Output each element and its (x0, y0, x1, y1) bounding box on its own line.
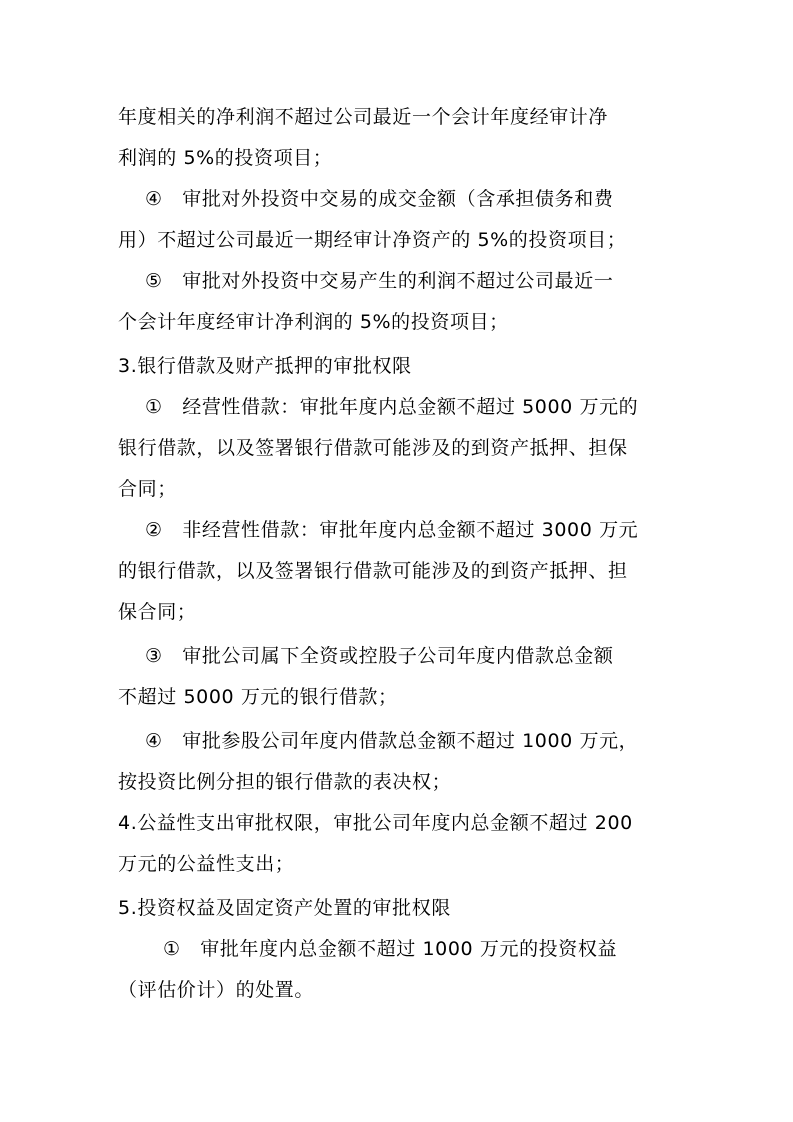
text-line: 万元的公益性支出； (118, 852, 678, 876)
list-item-4: ④ 审批对外投资中交易的成交金额（含承担债务和费 (145, 187, 705, 211)
text-line: 按投资比例分担的银行借款的表决权； (118, 770, 678, 794)
list-item-1: ① 审批年度内总金额不超过 1000 万元的投资权益 (163, 937, 723, 961)
section-heading-5: 5.投资权益及固定资产处置的审批权限 (118, 896, 678, 920)
document-page: 年度相关的净利润不超过公司最近一个会计年度经审计净 利润的 5%的投资项目； ④… (0, 0, 793, 1122)
text-line: 不超过 5000 万元的银行借款； (118, 685, 678, 709)
list-item-5: ⑤ 审批对外投资中交易产生的利润不超过公司最近一 (145, 269, 705, 293)
section-heading-4: 4.公益性支出审批权限，审批公司年度内总金额不超过 200 (118, 811, 678, 835)
text-line: 年度相关的净利润不超过公司最近一个会计年度经审计净 (118, 105, 678, 129)
list-item-1: ① 经营性借款：审批年度内总金额不超过 5000 万元的 (145, 395, 705, 419)
section-heading-3: 3.银行借款及财产抵押的审批权限 (118, 354, 678, 378)
text-line: 的银行借款，以及签署银行借款可能涉及的到资产抵押、担 (118, 559, 678, 583)
list-item-4: ④ 审批参股公司年度内借款总金额不超过 1000 万元， (145, 729, 705, 753)
text-line: 合同； (118, 477, 678, 501)
text-line: 保合同； (118, 600, 678, 624)
list-item-2: ② 非经营性借款：审批年度内总金额不超过 3000 万元 (145, 518, 705, 542)
text-line: 银行借款，以及签署银行借款可能涉及的到资产抵押、担保 (118, 436, 678, 460)
text-line: （评估价计）的处置。 (118, 978, 678, 1002)
text-line: 利润的 5%的投资项目； (118, 146, 678, 170)
text-line: 用）不超过公司最近一期经审计净资产的 5%的投资项目； (118, 228, 678, 252)
list-item-3: ③ 审批公司属下全资或控股子公司年度内借款总金额 (145, 644, 705, 668)
text-line: 个会计年度经审计净利润的 5%的投资项目； (118, 310, 678, 334)
